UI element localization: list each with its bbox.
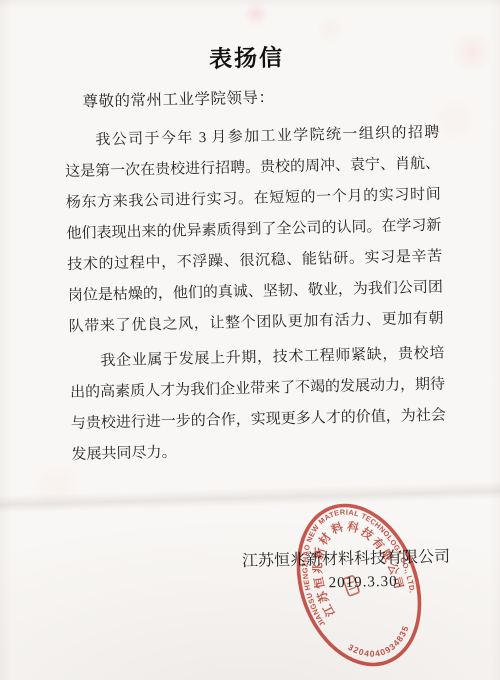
svg-text:JIANGSU HENGZHAO NEW MATERIAL: JIANGSU HENGZHAO NEW MATERIAL TECHNOLOGY…: [290, 497, 420, 629]
scanned-letter-page: 表扬信 尊敬的常州工业学院领导： 我公司于今年 3 月参加工业学院统一组织的招聘…: [0, 0, 500, 680]
paragraph: 我企业属于发展上升期，技术工程师紧缺，贵校培养 出的高素质人才为我们企业带来了不…: [69, 339, 447, 471]
company-seal: JIANGSU HENGZHAO NEW MATERIAL TECHNOLOGY…: [290, 497, 428, 673]
letter-salutation: 尊敬的常州工业学院领导：: [82, 86, 275, 114]
paragraph: 我公司于今年 3 月参加工业学院统一组织的招聘会。 这是第一次在贵校进行招聘。贵…: [64, 118, 444, 343]
seal-english-text: JIANGSU HENGZHAO NEW MATERIAL TECHNOLOGY…: [290, 497, 420, 629]
letter-body: 我公司于今年 3 月参加工业学院统一组织的招聘会。 这是第一次在贵校进行招聘。贵…: [64, 118, 447, 471]
seal-center-mark: [343, 575, 359, 596]
letter-title: 表扬信: [0, 41, 497, 78]
